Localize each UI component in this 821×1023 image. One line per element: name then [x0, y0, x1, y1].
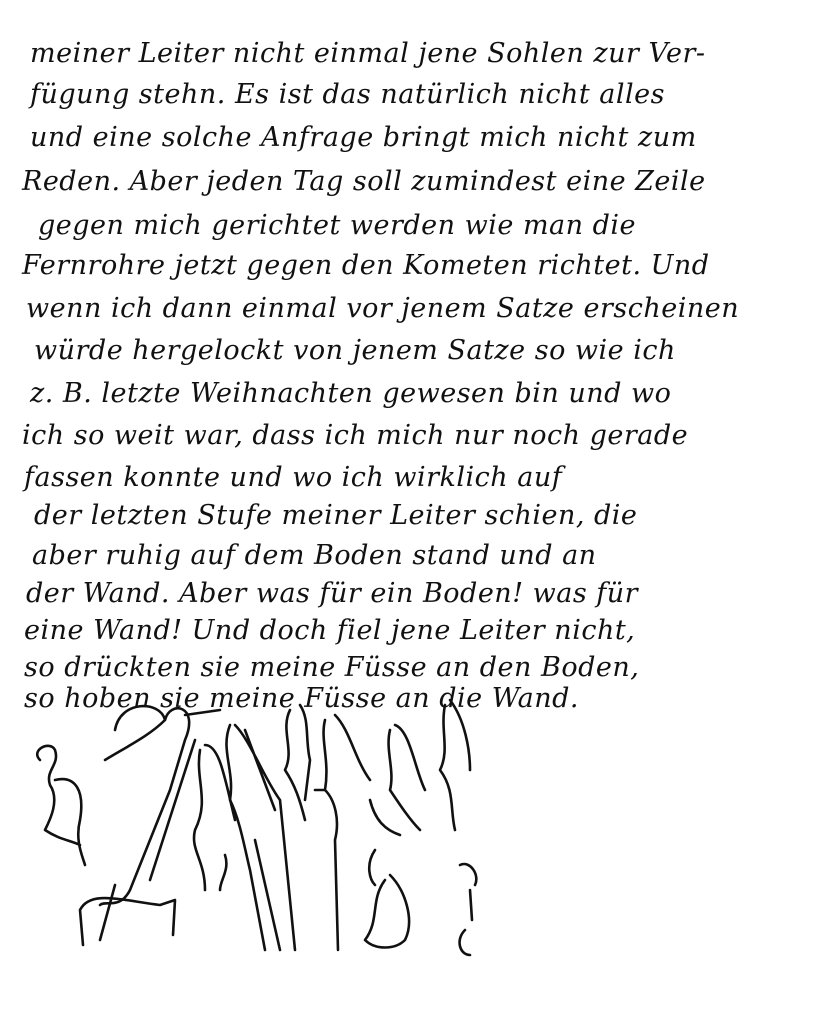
figure-head-4 [370, 725, 425, 835]
text-line: gegen mich gerichtet werden wie man die [38, 210, 636, 241]
text-line: z. B. letzte Weihnachten gewesen bin und… [30, 378, 671, 409]
ink-sketch [20, 690, 760, 980]
manuscript-page: meiner Leiter nicht einmal jene Sohlen z… [0, 0, 821, 1023]
figure-hooded [226, 725, 295, 950]
text-line: meiner Leiter nicht einmal jene Sohlen z… [30, 38, 705, 69]
figure-head-5 [440, 700, 470, 830]
figure-face-right [460, 864, 477, 955]
text-line: der letzten Stufe meiner Leiter schien, … [34, 500, 637, 531]
figure-head-2 [285, 705, 325, 820]
text-line: fassen konnte und wo ich wirklich auf [24, 462, 562, 493]
text-line: aber ruhig auf dem Boden stand und an [32, 540, 597, 571]
text-line: Reden. Aber jeden Tag soll zumindest ein… [22, 166, 706, 197]
text-line: ich so weit war, dass ich mich nur noch … [22, 420, 688, 451]
text-line: so drückten sie meine Füsse an den Boden… [24, 652, 639, 683]
figure-left [37, 746, 85, 865]
text-line: und eine solche Anfrage bringt mich nich… [30, 122, 697, 153]
text-line: eine Wand! Und doch fiel jene Leiter nic… [24, 615, 635, 646]
text-line: würde hergelockt von jenem Satze so wie … [34, 335, 676, 366]
text-line: fügung stehn. Es ist das natürlich nicht… [30, 79, 665, 110]
text-line: der Wand. Aber was für ein Boden! was fü… [26, 578, 638, 609]
figure-face-lower [365, 850, 409, 948]
text-line: Fernrohre jetzt gegen den Kometen richte… [22, 250, 710, 281]
figure-head-3 [324, 715, 370, 950]
text-line: wenn ich dann einmal vor jenem Satze ers… [26, 293, 739, 324]
